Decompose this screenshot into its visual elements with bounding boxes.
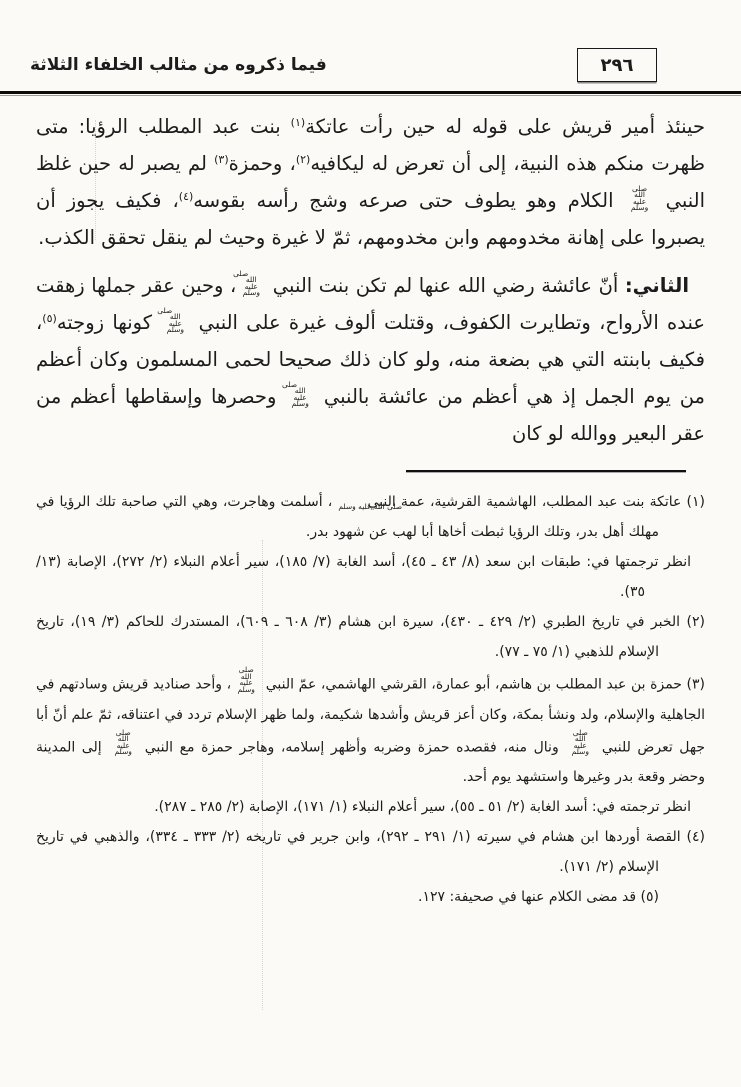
page-number-box: ٢٩٦ [577, 48, 657, 82]
footnote-5: (٥) قد مضى الكلام عنها في صحيفة: ١٢٧. [36, 882, 705, 912]
running-title: فيما ذكروه من مثالب الخلفاء الثلاثة [30, 55, 327, 75]
footnote-1: (١) عاتكة بنت عبد المطلب، الهاشمية القرش… [36, 487, 705, 547]
page-header: ٢٩٦ فيما ذكروه من مثالب الخلفاء الثلاثة [0, 46, 741, 84]
pbuh-symbol: صلى الله عليه وسلم [233, 667, 259, 693]
scan-artifact-line [262, 540, 263, 1010]
footnote-marker: (٥) [42, 312, 57, 325]
footnote-marker: (٣) [214, 153, 229, 166]
pbuh-symbol: صلى الله عليه وسلم [110, 730, 136, 756]
footnote-1-references: انظر ترجمتها في: طبقات ابن سعد (٨/ ٤٣ ـ … [36, 547, 705, 607]
pbuh-symbol: صلى الله عليه وسلم [238, 271, 264, 297]
footnote-marker: (٤) [179, 190, 194, 203]
footnote-separator [406, 470, 686, 473]
footnote-2: (٢) الخبر في تاريخ الطبري (٢/ ٤٢٩ ـ ٤٣٠)… [36, 607, 705, 667]
footnote-marker: (٢) [296, 153, 311, 166]
pbuh-symbol: صلى الله عليه وسلم [334, 504, 360, 511]
footnote-marker: (١) [291, 116, 306, 129]
paragraph-lead: الثاني: [625, 274, 689, 297]
pbuh-symbol: صلى الله عليه وسلم [627, 186, 653, 212]
footnote-3-references: انظر ترجمته في: أسد الغابة (٢/ ٥١ ـ ٥٥)،… [36, 792, 705, 822]
footnote-4: (٤) القصة أوردها ابن هشام في سيرته (١/ ٢… [36, 822, 705, 882]
paragraph-text: أنّ عائشة رضي الله عنها لم تكن بنت النبي… [36, 274, 705, 445]
pbuh-symbol: صلى الله عليه وسلم [567, 730, 593, 756]
scan-artifact-line [95, 120, 96, 240]
pbuh-symbol: صلى الله عليه وسلم [162, 308, 188, 334]
body-text: حينئذ أمير قريش على قوله له حين رأت عاتك… [0, 108, 741, 452]
pbuh-symbol: صلى الله عليه وسلم [287, 382, 313, 408]
body-paragraph: حينئذ أمير قريش على قوله له حين رأت عاتك… [36, 108, 705, 256]
page-number: ٢٩٦ [601, 55, 634, 76]
body-paragraph: الثاني: أنّ عائشة رضي الله عنها لم تكن ب… [36, 267, 705, 452]
book-page: ٢٩٦ فيما ذكروه من مثالب الخلفاء الثلاثة … [0, 0, 741, 1087]
footnotes-section: (١) عاتكة بنت عبد المطلب، الهاشمية القرش… [0, 487, 741, 912]
footnote-3: (٣) حمزة بن عبد المطلب بن هاشم، أبو عمار… [36, 667, 705, 792]
header-rule [0, 91, 741, 96]
